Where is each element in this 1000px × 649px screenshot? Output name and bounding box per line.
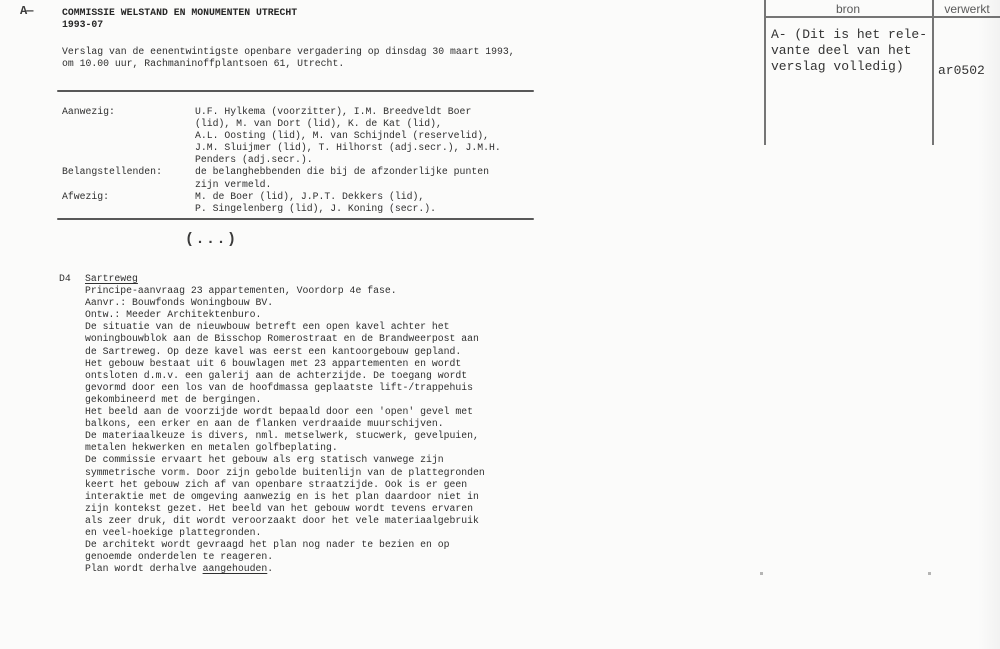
- attendance-label-aanwezig: Aanwezig:: [62, 106, 195, 166]
- registration-box-left-line: [764, 0, 766, 145]
- document-header: COMMISSIE WELSTAND EN MONUMENTEN UTRECHT…: [62, 7, 297, 31]
- agenda-item-code: D4: [59, 273, 85, 575]
- attendance-label-afwezig: Afwezig:: [62, 191, 195, 215]
- meeting-intro: Verslag van de eenentwintigste openbare …: [62, 46, 515, 70]
- registration-box: bron verwerkt A- (Dit is het rele- vante…: [764, 0, 1000, 145]
- margin-annotation: A—: [20, 4, 32, 18]
- processed-code: ar0502: [938, 63, 985, 78]
- scan-speck: [760, 572, 763, 575]
- scan-speck: [928, 572, 931, 575]
- attendance-section: Aanwezig: U.F. Hylkema (voorzitter), I.M…: [62, 106, 501, 215]
- source-note: A- (Dit is het rele- vante deel van het …: [771, 27, 927, 76]
- attendance-value-afwezig: M. de Boer (lid), J.P.T. Dekkers (lid), …: [195, 191, 501, 215]
- agenda-item-text: Principe-aanvraag 23 appartementen, Voor…: [85, 285, 485, 563]
- agenda-item-title: Sartreweg: [85, 273, 485, 285]
- decision-keyword: aangehouden: [203, 563, 268, 574]
- omission-mark: (...): [185, 231, 238, 248]
- decision-suffix: .: [267, 563, 273, 574]
- registration-box-header-underline: [764, 16, 1000, 18]
- decision-prefix: Plan wordt derhalve: [85, 563, 203, 574]
- attendance-value-belangstellenden: de belanghebbenden die bij de afzonderli…: [195, 166, 501, 190]
- agenda-item-body: Sartreweg Principe-aanvraag 23 apparteme…: [85, 273, 485, 575]
- agenda-item-decision: Plan wordt derhalve aangehouden.: [85, 563, 485, 575]
- agenda-item-d4: D4 Sartreweg Principe-aanvraag 23 appart…: [59, 273, 485, 575]
- divider-rule-top: [57, 90, 534, 92]
- attendance-label-belangstellenden: Belangstellenden:: [62, 166, 195, 190]
- registration-box-column-divider: [932, 0, 934, 145]
- attendance-value-aanwezig: U.F. Hylkema (voorzitter), I.M. Breedvel…: [195, 106, 501, 166]
- column-header-verwerkt: verwerkt: [934, 2, 1000, 16]
- scanned-minutes-page: A— COMMISSIE WELSTAND EN MONUMENTEN UTRE…: [0, 0, 1000, 649]
- divider-rule-bottom: [57, 218, 534, 220]
- column-header-bron: bron: [764, 2, 932, 16]
